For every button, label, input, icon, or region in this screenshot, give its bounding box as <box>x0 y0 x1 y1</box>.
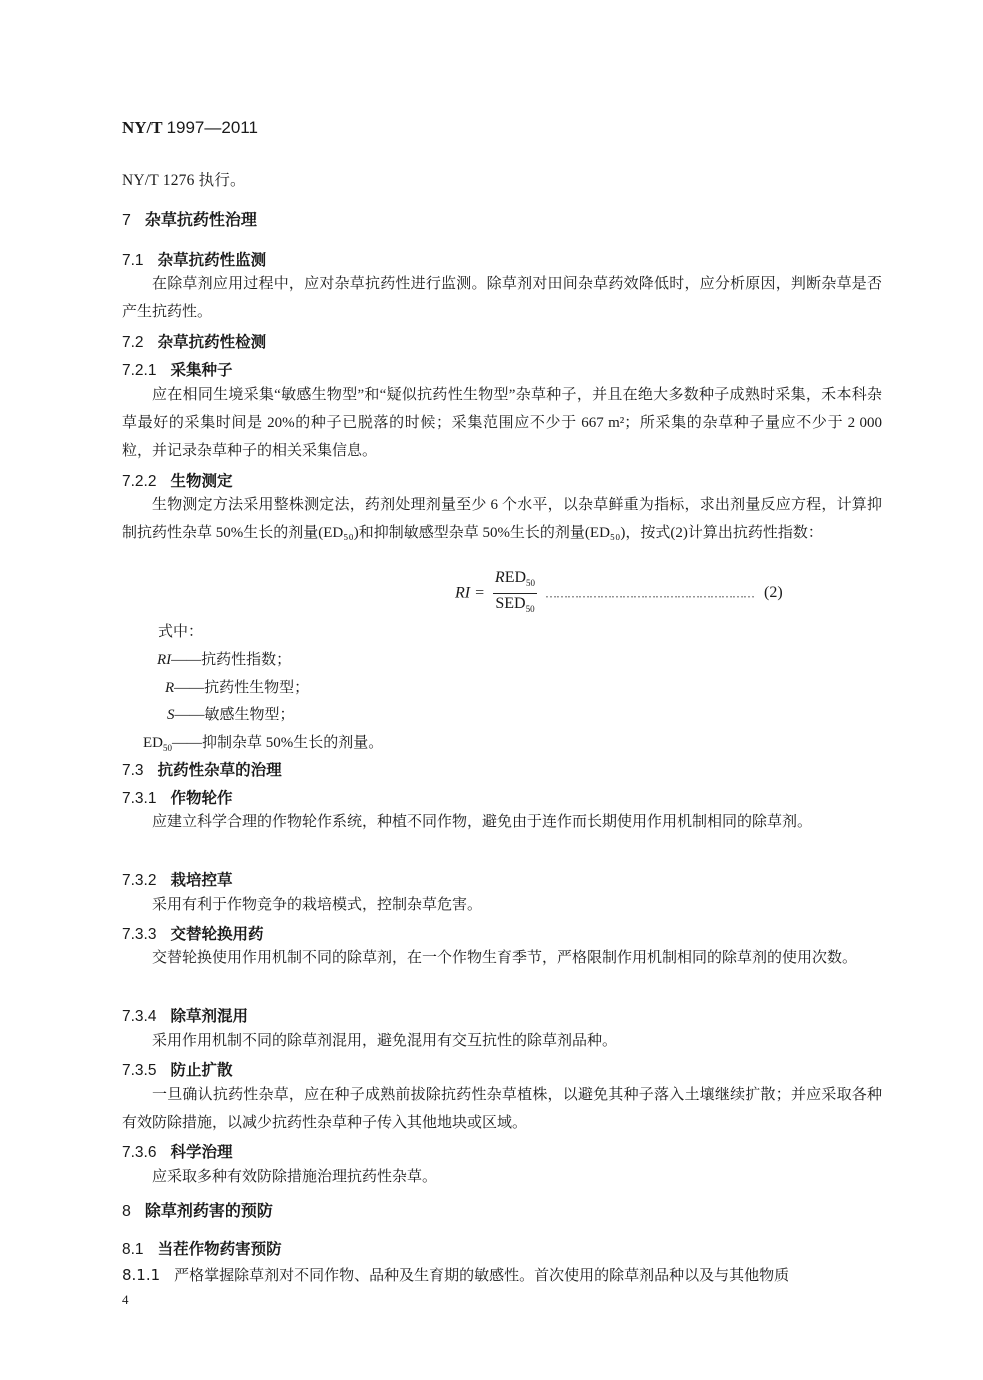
where-item-ed50: ED50——抑制杂草 50%生长的剂量。 <box>143 731 383 753</box>
section-7-1-heading: 7.1杂草抗药性监测 <box>122 248 266 270</box>
section-7-3-heading: 7.3抗药性杂草的治理 <box>122 758 282 780</box>
section-8-1-1-text: 8.1.1严格掌握除草剂对不同作物、品种及生育期的敏感性。首次使用的除草剂品种以… <box>122 1264 789 1285</box>
section-7-1-text: 在除草剂应用过程中，应对杂草抗药性进行监测。除草剂对田间杂草药效降低时，应分析原… <box>122 270 882 326</box>
header-prefix: NY/T <box>122 118 162 137</box>
formula-lhs: RI = <box>455 584 485 601</box>
section-7-2-1-heading: 7.2.1采集种子 <box>122 358 233 380</box>
section-7-3-3-heading: 7.3.3交替轮换用药 <box>122 922 264 944</box>
section-7-2-2-text: 生物测定方法采用整株测定法，药剂处理剂量至少 6 个水平，以杂草鲜重为指标，求出… <box>122 491 882 547</box>
document-page: NY/T 1997—2011 NY/T 1276 执行。 7杂草抗药性治理 7.… <box>0 0 983 1380</box>
formula-leader: ………………………………………………… <box>545 586 754 600</box>
section-7-3-4-heading: 7.3.4除草剂混用 <box>122 1004 248 1026</box>
equation-number: (2) <box>764 584 783 601</box>
section-7-2-2-heading: 7.2.2生物测定 <box>122 469 233 491</box>
section-7-3-2-heading: 7.3.2栽培控草 <box>122 868 233 890</box>
continuation-text: NY/T 1276 执行。 <box>122 166 246 195</box>
where-item-ri: RI——抗药性指数； <box>157 648 291 669</box>
formula-fraction: RED50 SED50 <box>493 568 537 619</box>
section-7-3-5-heading: 7.3.5防止扩散 <box>122 1058 233 1080</box>
standard-header: NY/T 1997—2011 <box>122 118 258 138</box>
section-8-1-heading: 8.1当茬作物药害预防 <box>122 1237 282 1259</box>
formula-ri: RI = RED50 SED50 ………………………………………………… (2) <box>455 568 783 619</box>
section-7-3-2-text: 采用有利于作物竞争的栽培模式，控制杂草危害。 <box>122 891 882 919</box>
section-7-2-1-text: 应在相同生境采集“敏感生物型”和“疑似抗药性生物型”杂草种子，并且在绝大多数种子… <box>122 381 882 465</box>
section-7-3-1-heading: 7.3.1作物轮作 <box>122 786 233 808</box>
section-7-heading: 7杂草抗药性治理 <box>122 207 257 230</box>
section-7-3-5-text: 一旦确认抗药性杂草，应在种子成熟前拔除抗药性杂草植株，以避免其种子落入土壤继续扩… <box>122 1081 882 1137</box>
where-label: 式中： <box>158 620 203 641</box>
section-7-3-6-text: 应采取多种有效防除措施治理抗药性杂草。 <box>122 1163 882 1191</box>
section-7-3-6-heading: 7.3.6科学治理 <box>122 1140 233 1162</box>
section-8-heading: 8除草剂药害的预防 <box>122 1198 273 1221</box>
where-item-r: R——抗药性生物型； <box>165 676 309 697</box>
section-7-3-4-text: 采用作用机制不同的除草剂混用，避免混用有交互抗性的除草剂品种。 <box>122 1027 882 1055</box>
section-7-3-1-text: 应建立科学合理的作物轮作系统，种植不同作物，避免由于连作而长期使用作用机制相同的… <box>122 808 882 836</box>
where-item-s: S——敏感生物型； <box>167 703 295 724</box>
header-number: 1997—2011 <box>167 118 258 137</box>
section-7-3-3-text: 交替轮换使用作用机制不同的除草剂，在一个作物生育季节，严格限制作用机制相同的除草… <box>122 944 882 972</box>
page-number: 4 <box>122 1292 129 1308</box>
section-7-2-heading: 7.2杂草抗药性检测 <box>122 330 266 352</box>
